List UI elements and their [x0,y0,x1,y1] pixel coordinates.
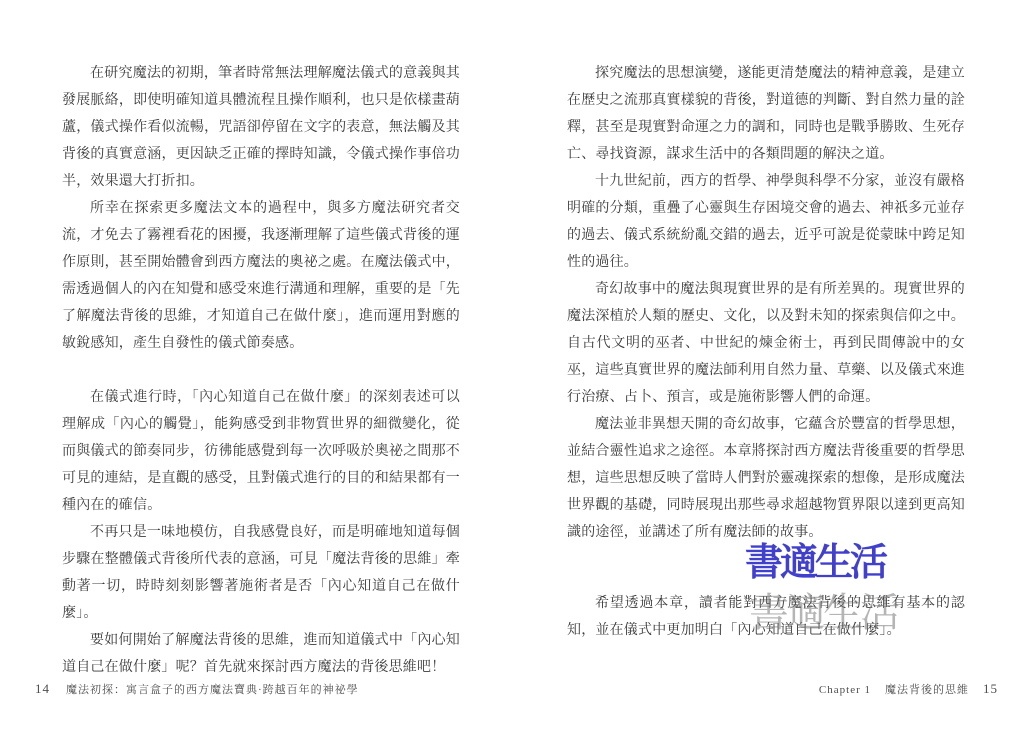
paragraph: 要如何開始了解魔法背後的思維，進而知道儀式中「內心知道自己在做什麼」呢？首先就來… [62,627,460,681]
paragraph: 奇幻故事中的魔法與現實世界的是有所差異的。現實世界的魔法深植於人類的歷史、文化，… [567,276,965,411]
paragraph: 在研究魔法的初期，筆者時常無法理解魔法儀式的意義與其發展脈絡，即使明確知道具體流… [62,60,460,195]
chapter-label: Chapter 1 [819,684,871,696]
paragraph: 探究魔法的思想演變，遂能更清楚魔法的精神意義，是建立在歷史之流那真實樣貌的背後，… [567,60,965,168]
paragraph: 所幸在探索更多魔法文本的過程中，與多方魔法研究者交流，才免去了霧裡看花的困擾，我… [62,195,460,357]
page-number: 15 [983,681,998,697]
chapter-title: 魔法背後的思維 [885,681,969,697]
page-number: 14 [35,681,50,697]
book-spread: 在研究魔法的初期，筆者時常無法理解魔法儀式的意義與其發展脈絡，即使明確知道具體流… [0,0,1028,729]
right-page-text: 探究魔法的思想演變，遂能更清楚魔法的精神意義，是建立在歷史之流那真實樣貌的背後，… [567,60,965,644]
right-page-footer: Chapter 1 魔法背後的思維 15 [819,681,998,697]
left-page-text: 在研究魔法的初期，筆者時常無法理解魔法儀式的意義與其發展脈絡，即使明確知道具體流… [62,60,460,681]
paragraph: 魔法並非異想天開的奇幻故事，它蘊含於豐富的哲學思想，並結合靈性追求之途徑。本章將… [567,411,965,546]
paragraph: 在儀式進行時，「內心知道自己在做什麼」的深刻表述可以理解成「內心的觸覺」，能夠感… [62,384,460,519]
left-page-footer: 14 魔法初探：寓言盒子的西方魔法寶典·跨越百年的神祕學 [35,681,359,697]
paragraph: 不再只是一味地模仿，自我感覺良好，而是明確地知道每個步驟在整體儀式背後所代表的意… [62,519,460,627]
paragraph: 希望透過本章，讀者能對西方魔法背後的思維有基本的認知，並在儀式中更加明白「內心知… [567,590,965,644]
paragraph: 十九世紀前，西方的哲學、神學與科學不分家，並沒有嚴格明確的分類，重疊了心靈與生存… [567,168,965,276]
book-title: 魔法初探：寓言盒子的西方魔法寶典·跨越百年的神祕學 [66,681,359,697]
